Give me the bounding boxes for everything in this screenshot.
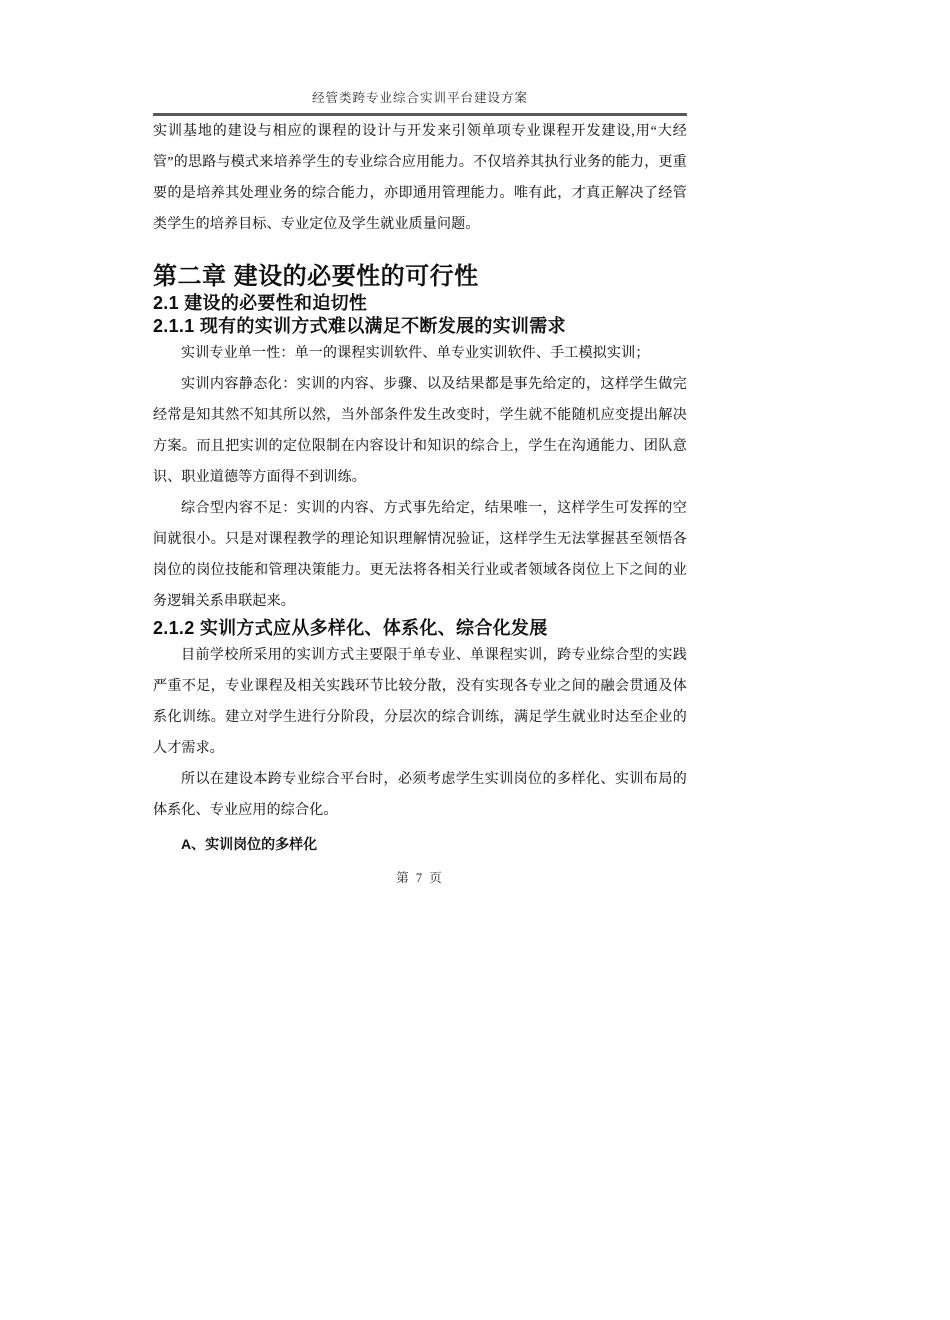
chapter-2-heading: 第二章 建设的必要性的可行性 <box>153 262 687 292</box>
paragraph-training-singleness: 实训专业单一性：单一的课程实训软件、单专业实训软件、手工模拟实训； <box>153 338 687 369</box>
content-column: 经管类跨专业综合实训平台建设方案 实训基地的建设与相应的课程的设计与开发来引领单… <box>153 88 687 886</box>
page-header-title: 经管类跨专业综合实训平台建设方案 <box>153 88 687 116</box>
paragraph-current-methods: 目前学校所采用的实训方式主要限于单专业、单课程实训，跨专业综合型的实践严重不足，… <box>153 640 687 764</box>
section-2-1-2-heading: 2.1.2 实训方式应从多样化、体系化、综合化发展 <box>153 617 687 640</box>
paragraph-therefore: 所以在建设本跨专业综合平台时，必须考虑学生实训岗位的多样化、实训布局的体系化、专… <box>153 764 687 826</box>
subpoint-a-heading: A、实训岗位的多样化 <box>153 834 687 854</box>
paragraph-comprehensive-lack: 综合型内容不足：实训的内容、方式事先给定，结果唯一，这样学生可发挥的空间就很小。… <box>153 493 687 617</box>
section-2-1-1-heading: 2.1.1 现有的实训方式难以满足不断发展的实训需求 <box>153 315 687 338</box>
page-number-footer: 第 7 页 <box>153 868 687 886</box>
document-page: 经管类跨专业综合实训平台建设方案 实训基地的建设与相应的课程的设计与开发来引领单… <box>0 0 950 1320</box>
section-2-1-heading: 2.1 建设的必要性和迫切性 <box>153 292 687 315</box>
paragraph-static-content: 实训内容静态化：实训的内容、步骤、以及结果都是事先给定的，这样学生做完经常是知其… <box>153 369 687 493</box>
intro-paragraph: 实训基地的建设与相应的课程的设计与开发来引领单项专业课程开发建设,用“大经管”的… <box>153 116 687 240</box>
